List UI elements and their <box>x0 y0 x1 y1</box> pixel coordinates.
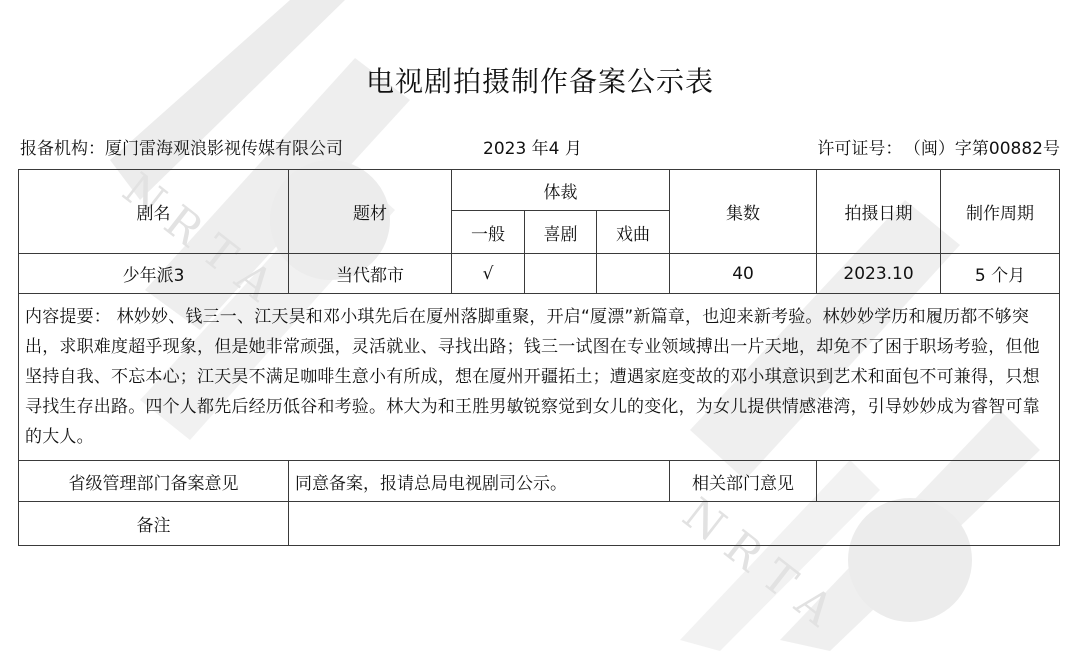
filing-organization: 报备机构：厦门雷海观浪影视传媒有限公司 <box>20 134 343 159</box>
header-format-opera: 戏曲 <box>597 211 670 254</box>
provincial-opinion-label: 省级管理部门备案意见 <box>19 461 289 502</box>
page-title: 电视剧拍摄制作备案公示表 <box>0 60 1080 100</box>
org-label: 报备机构： <box>20 139 105 159</box>
related-dept-opinion-value <box>817 461 1060 502</box>
license-number: 许可证号：（闽）字第00882号 <box>817 134 1060 159</box>
cell-production-period: 5 个月 <box>941 254 1060 294</box>
cell-format-comedy <box>525 254 597 294</box>
header-genre: 题材 <box>289 170 452 254</box>
header-title: 剧名 <box>19 170 289 254</box>
header-format-comedy: 喜剧 <box>525 211 597 254</box>
table-row: 少年派3 当代都市 √ 40 2023.10 5 个月 <box>19 254 1060 294</box>
summary-text: 林妙妙、钱三一、江天昊和邓小琪先后在厦州落脚重聚，开启“厦漂”新篇章，也迎来新考… <box>25 307 1040 447</box>
related-dept-opinion-label: 相关部门意见 <box>670 461 817 502</box>
provincial-opinion-value: 同意备案，报请总局电视剧司公示。 <box>289 461 670 502</box>
license-label: 许可证号： <box>817 139 902 159</box>
header-shoot-date: 拍摄日期 <box>817 170 941 254</box>
cell-shoot-date: 2023.10 <box>817 254 941 294</box>
cell-format-general-check: √ <box>452 254 525 294</box>
header-production-period: 制作周期 <box>941 170 1060 254</box>
license-value: （闽）字第00882号 <box>912 139 1060 159</box>
org-name: 厦门雷海观浪影视传媒有限公司 <box>105 139 343 159</box>
header-format: 体裁 <box>452 170 670 211</box>
filing-meta: 报备机构：厦门雷海观浪影视传媒有限公司 2023 年4 月 许可证号：（闽）字第… <box>20 134 1060 158</box>
remarks-label: 备注 <box>19 502 289 546</box>
header-format-general: 一般 <box>452 211 525 254</box>
filing-table: 剧名 题材 体裁 集数 拍摄日期 制作周期 一般 喜剧 戏曲 少年派3 当代都市… <box>18 169 1060 546</box>
remarks-value <box>289 502 1060 546</box>
filing-date: 2023 年4 月 <box>483 134 582 159</box>
cell-format-opera <box>597 254 670 294</box>
cell-title: 少年派3 <box>19 254 289 294</box>
header-episodes: 集数 <box>670 170 817 254</box>
summary-label: 内容提要： <box>25 307 111 327</box>
cell-episodes: 40 <box>670 254 817 294</box>
cell-genre: 当代都市 <box>289 254 452 294</box>
content-summary: 内容提要： 林妙妙、钱三一、江天昊和邓小琪先后在厦州落脚重聚，开启“厦漂”新篇章… <box>19 294 1060 461</box>
